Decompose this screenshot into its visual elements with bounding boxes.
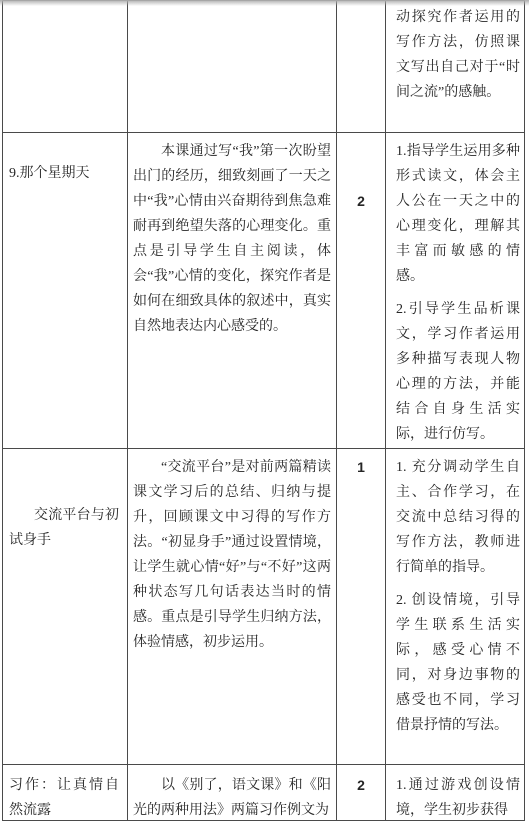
summary-cell — [128, 1, 337, 133]
hours-cell: 1 — [337, 449, 386, 765]
methods-paragraph: 1.通过游戏创设情境，学生初步获得 — [396, 773, 520, 820]
methods-paragraph: 1.指导学生运用多种形式读文，体会主人公在一天之中的心理变化，理解其丰富而敏感的… — [396, 139, 520, 289]
methods-cell: 1.指导学生运用多种形式读文，体会主人公在一天之中的心理变化，理解其丰富而敏感的… — [386, 133, 524, 449]
hours-cell: 2 — [337, 133, 386, 449]
hours-cell — [337, 1, 386, 133]
summary-paragraph: 以《别了，语文课》和《阳光的两种用法》两篇习作例文为 — [133, 773, 331, 820]
lesson-cell — [3, 1, 128, 133]
lesson-plan-table: 动探究作者运用的写作方法，仿照课文写出自己对于“时间之流”的感触。 9.那个星期… — [2, 0, 525, 821]
summary-cell: 以《别了，语文课》和《阳光的两种用法》两篇习作例文为 — [128, 765, 337, 820]
hours-value: 2 — [357, 193, 365, 209]
hours-cell: 2 — [337, 765, 386, 820]
lesson-title: 习作：让真情自然流露 — [9, 773, 119, 820]
methods-paragraph: 2.引导学生品析课文，学习作者运用多种描写表现人物心理的方法，并能结合自身生活实… — [396, 297, 520, 447]
methods-cell: 动探究作者运用的写作方法，仿照课文写出自己对于“时间之流”的感触。 — [386, 1, 524, 133]
lesson-cell: 9.那个星期天 — [3, 133, 128, 449]
hours-value: 2 — [357, 777, 365, 793]
methods-paragraph: 1. 充分调动学生自主、合作学习，在交流中总结习得的写作方法，教师进行简单的指导… — [396, 455, 520, 580]
methods-paragraph: 2. 创设情境，引导学生联系生活实际，感受心情不同，对身边事物的感受也不同，学习… — [396, 588, 520, 738]
lesson-title: 交流平台与初试身手 — [9, 503, 119, 553]
summary-cell: 本课通过写“我”第一次盼望出门的经历，细致刻画了一天之中“我”心情由兴奋期待到焦… — [128, 133, 337, 449]
lesson-cell: 交流平台与初试身手 — [3, 449, 128, 765]
methods-cell: 1.通过游戏创设情境，学生初步获得 — [386, 765, 524, 820]
methods-cell: 1. 充分调动学生自主、合作学习，在交流中总结习得的写作方法，教师进行简单的指导… — [386, 449, 524, 765]
summary-cell: “交流平台”是对前两篇精读课文学习后的总结、归纳与提升，回顾课文中习得的写作方法… — [128, 449, 337, 765]
summary-paragraph: 本课通过写“我”第一次盼望出门的经历，细致刻画了一天之中“我”心情由兴奋期待到焦… — [133, 139, 331, 339]
lesson-title: 9.那个星期天 — [9, 161, 119, 186]
hours-value: 1 — [357, 459, 365, 475]
summary-paragraph: “交流平台”是对前两篇精读课文学习后的总结、归纳与提升，回顾课文中习得的写作方法… — [133, 455, 331, 655]
lesson-cell: 习作：让真情自然流露 — [3, 765, 128, 820]
methods-paragraph: 动探究作者运用的写作方法，仿照课文写出自己对于“时间之流”的感触。 — [396, 5, 520, 105]
